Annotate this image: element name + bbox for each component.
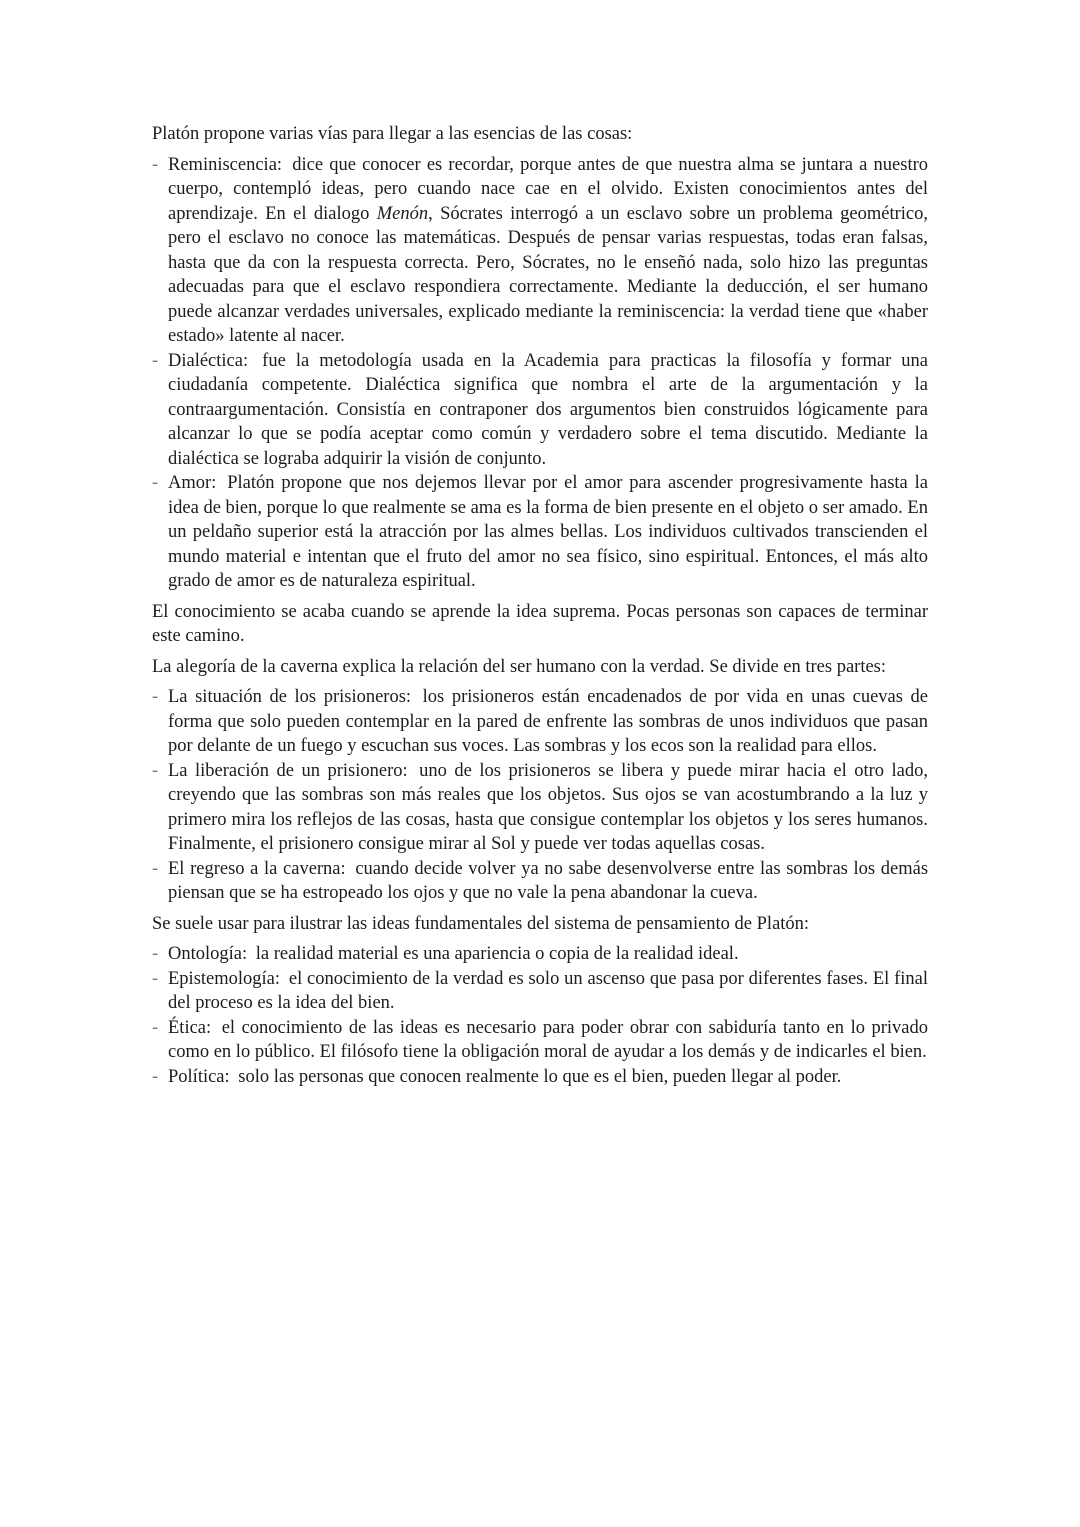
term-ontologia: Ontología: <box>168 944 251 964</box>
bullet-dash-icon: - <box>152 153 158 178</box>
bullet-dash-icon: - <box>152 967 158 992</box>
document-page: Platón propone varias vías para llegar a… <box>0 0 1080 1527</box>
paragraph-ilustrar: Se suele usar para ilustrar las ideas fu… <box>152 912 928 937</box>
item-text: Platón propone que nos dejemos llevar po… <box>168 473 928 591</box>
list-item-reminiscencia: - Reminiscencia: dice que conocer es rec… <box>152 153 928 349</box>
term-reminiscencia: Reminiscencia: <box>168 155 286 175</box>
paragraph-alegoria: La alegoría de la caverna explica la rel… <box>152 655 928 680</box>
item-text: solo las personas que conocen realmente … <box>238 1067 841 1087</box>
intro-paragraph: Platón propone varias vías para llegar a… <box>152 122 928 147</box>
italic-work-title: Menón <box>377 204 428 224</box>
bullet-dash-icon: - <box>152 759 158 784</box>
list-item-regreso: - El regreso a la caverna: cuando decide… <box>152 857 928 906</box>
list-item-situacion: - La situación de los prisioneros: los p… <box>152 685 928 759</box>
term-regreso: El regreso a la caverna: <box>168 859 350 879</box>
item-text: fue la metodología usada en la Academia … <box>168 351 928 469</box>
caverna-list: - La situación de los prisioneros: los p… <box>152 685 928 906</box>
term-amor: Amor: <box>168 473 220 493</box>
term-liberacion: La liberación de un prisionero: <box>168 761 412 781</box>
list-item-politica: - Política: solo las personas que conoce… <box>152 1065 928 1090</box>
bullet-dash-icon: - <box>152 1065 158 1090</box>
term-etica: Ética: <box>168 1018 215 1038</box>
list-item-dialectica: - Dialéctica: fue la metodología usada e… <box>152 349 928 472</box>
item-text: la realidad material es una apariencia o… <box>256 944 739 964</box>
bullet-dash-icon: - <box>152 942 158 967</box>
list-item-epistemologia: - Epistemología: el conocimiento de la v… <box>152 967 928 1016</box>
item-text: , Sócrates interrogó a un esclavo sobre … <box>168 204 928 347</box>
vias-list: - Reminiscencia: dice que conocer es rec… <box>152 153 928 594</box>
bullet-dash-icon: - <box>152 471 158 496</box>
list-item-etica: - Ética: el conocimiento de las ideas es… <box>152 1016 928 1065</box>
list-item-ontologia: - Ontología: la realidad material es una… <box>152 942 928 967</box>
term-situacion: La situación de los prisioneros: <box>168 687 415 707</box>
bullet-dash-icon: - <box>152 349 158 374</box>
item-text: el conocimiento de las ideas es necesari… <box>168 1018 928 1063</box>
term-epistemologia: Epistemología: <box>168 969 284 989</box>
bullet-dash-icon: - <box>152 1016 158 1041</box>
paragraph-conocimiento: El conocimiento se acaba cuando se apren… <box>152 600 928 649</box>
bullet-dash-icon: - <box>152 857 158 882</box>
list-item-liberacion: - La liberación de un prisionero: uno de… <box>152 759 928 857</box>
term-politica: Política: <box>168 1067 234 1087</box>
ideas-list: - Ontología: la realidad material es una… <box>152 942 928 1089</box>
list-item-amor: - Amor: Platón propone que nos dejemos l… <box>152 471 928 594</box>
term-dialectica: Dialéctica: <box>168 351 252 371</box>
bullet-dash-icon: - <box>152 685 158 710</box>
